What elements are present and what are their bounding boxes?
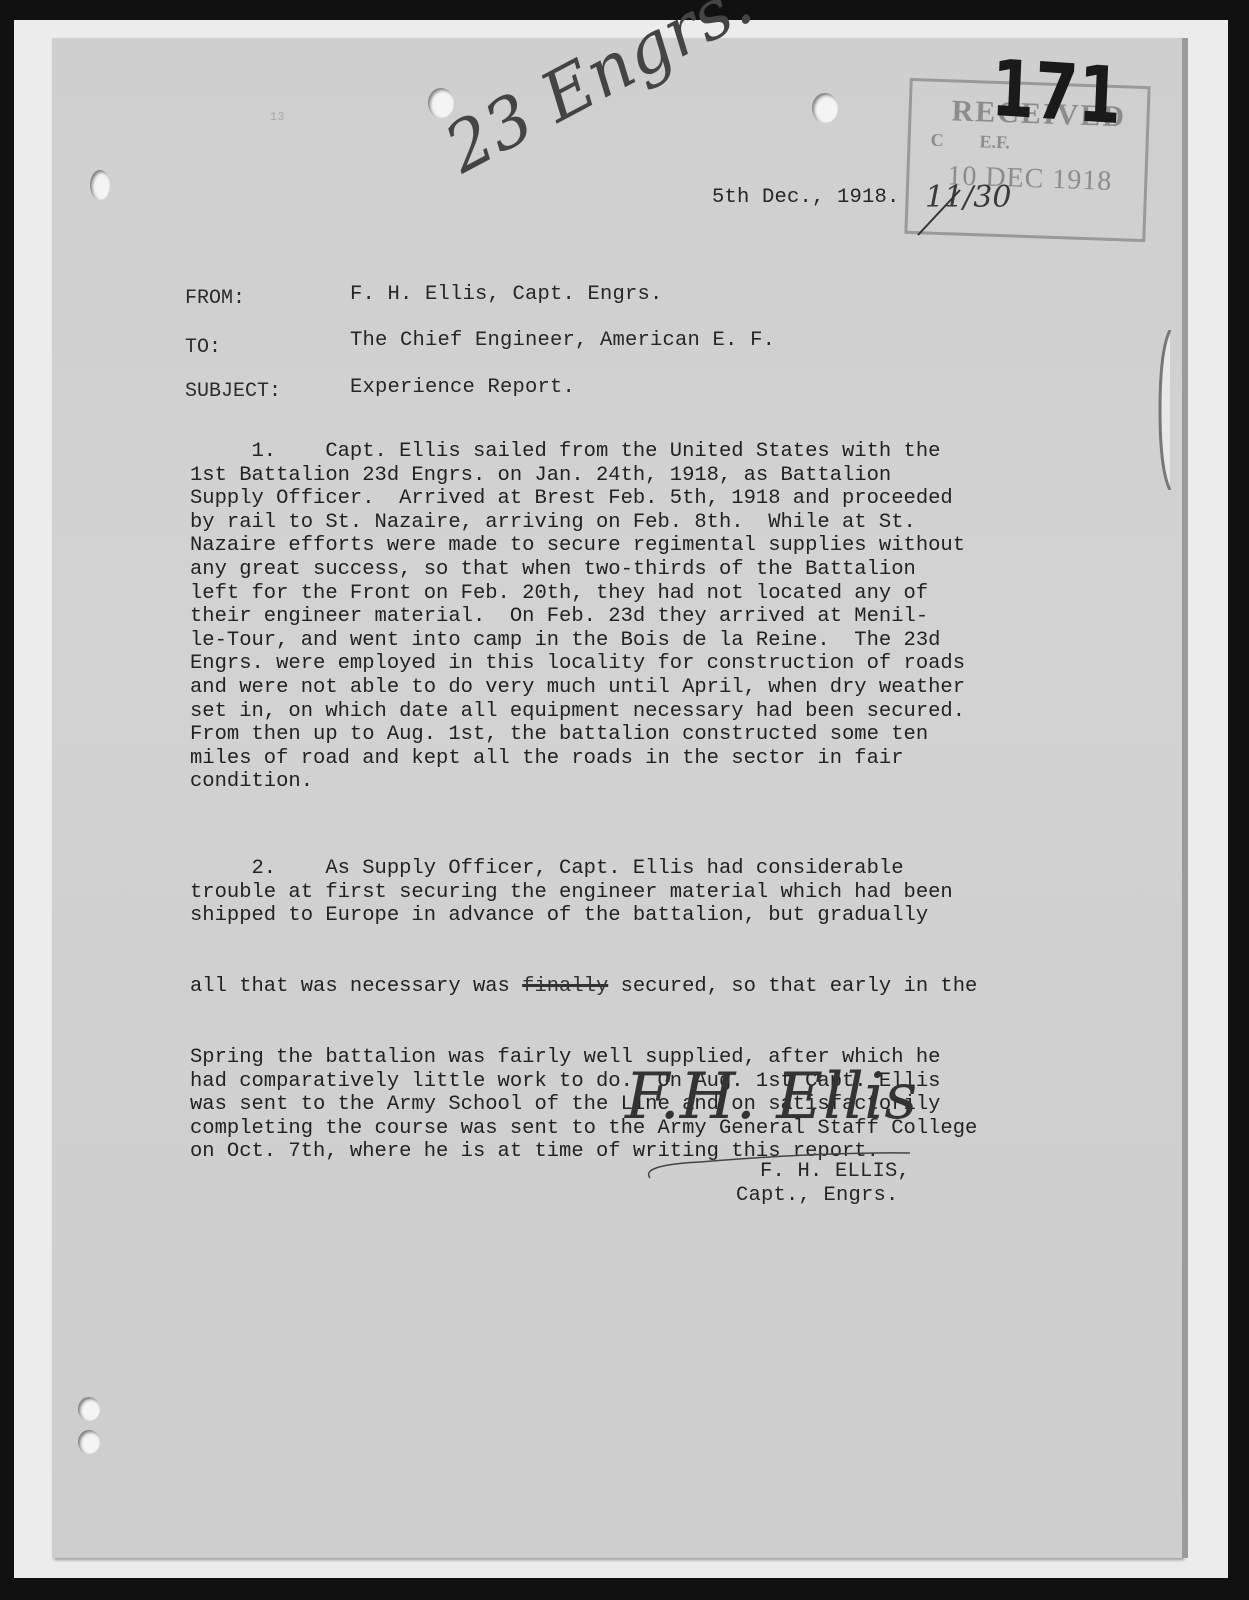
paragraph-line: condition.	[190, 770, 965, 794]
subject-label: SUBJECT:	[185, 380, 281, 403]
paragraph-line: Supply Officer. Arrived at Brest Feb. 5t…	[190, 487, 965, 511]
paragraph-line: by rail to St. Nazaire, arriving on Feb.…	[190, 511, 965, 535]
signature-name: F. H. ELLIS,	[760, 1160, 910, 1183]
text: all that was necessary was	[190, 975, 522, 998]
paragraph-line: shipped to Europe in advance of the batt…	[190, 904, 977, 928]
paragraph-line: le-Tour, and went into camp in the Bois …	[190, 629, 965, 653]
paragraph-line: Nazaire efforts were made to secure regi…	[190, 534, 965, 558]
struck-word: finally	[522, 975, 608, 998]
handwritten-signature: F.H. Ellis	[625, 1060, 917, 1134]
folio-number: 171	[989, 44, 1123, 142]
punch-hole	[812, 93, 838, 123]
punch-hole	[78, 1430, 100, 1454]
punch-hole	[78, 1397, 100, 1421]
paragraph-line: their engineer material. On Feb. 23d the…	[190, 605, 965, 629]
paragraph-line: 1. Capt. Ellis sailed from the United St…	[190, 440, 965, 464]
paragraph-line: set in, on which date all equipment nece…	[190, 700, 965, 724]
page-tab-notch	[1150, 330, 1190, 490]
paragraph-line: and were not able to do very much until …	[190, 676, 965, 700]
document-date: 5th Dec., 1918.	[712, 186, 900, 209]
paragraph-line: 2. As Supply Officer, Capt. Ellis had co…	[190, 857, 977, 881]
paragraph-line: any great success, so that when two-thir…	[190, 558, 965, 582]
paragraph-2-strike-line: all that was necessary was finally secur…	[190, 975, 977, 999]
from-label: FROM:	[185, 287, 245, 310]
paragraph-line: miles of road and kept all the roads in …	[190, 747, 965, 771]
paragraph-1: 1. Capt. Ellis sailed from the United St…	[190, 440, 965, 794]
subject-value: Experience Report.	[350, 376, 575, 399]
signature-title: Capt., Engrs.	[736, 1184, 899, 1207]
paragraph-line: left for the Front on Feb. 20th, they ha…	[190, 582, 965, 606]
to-value: The Chief Engineer, American E. F.	[350, 329, 775, 352]
document-page	[52, 38, 1182, 1558]
text: secured, so that early in the	[608, 975, 977, 998]
from-value: F. H. Ellis, Capt. Engrs.	[350, 283, 663, 306]
to-label: TO:	[185, 336, 221, 359]
punch-hole	[90, 170, 110, 200]
paragraph-line: From then up to Aug. 1st, the battalion …	[190, 723, 965, 747]
paragraph-line: 1st Battalion 23d Engrs. on Jan. 24th, 1…	[190, 464, 965, 488]
annotation-slash	[910, 185, 970, 240]
page-edge-shadow	[1182, 38, 1188, 1558]
paragraph-line: trouble at first securing the engineer m…	[190, 881, 977, 905]
paragraph-line: Engrs. were employed in this locality fo…	[190, 652, 965, 676]
margin-mark: 13	[270, 110, 284, 124]
